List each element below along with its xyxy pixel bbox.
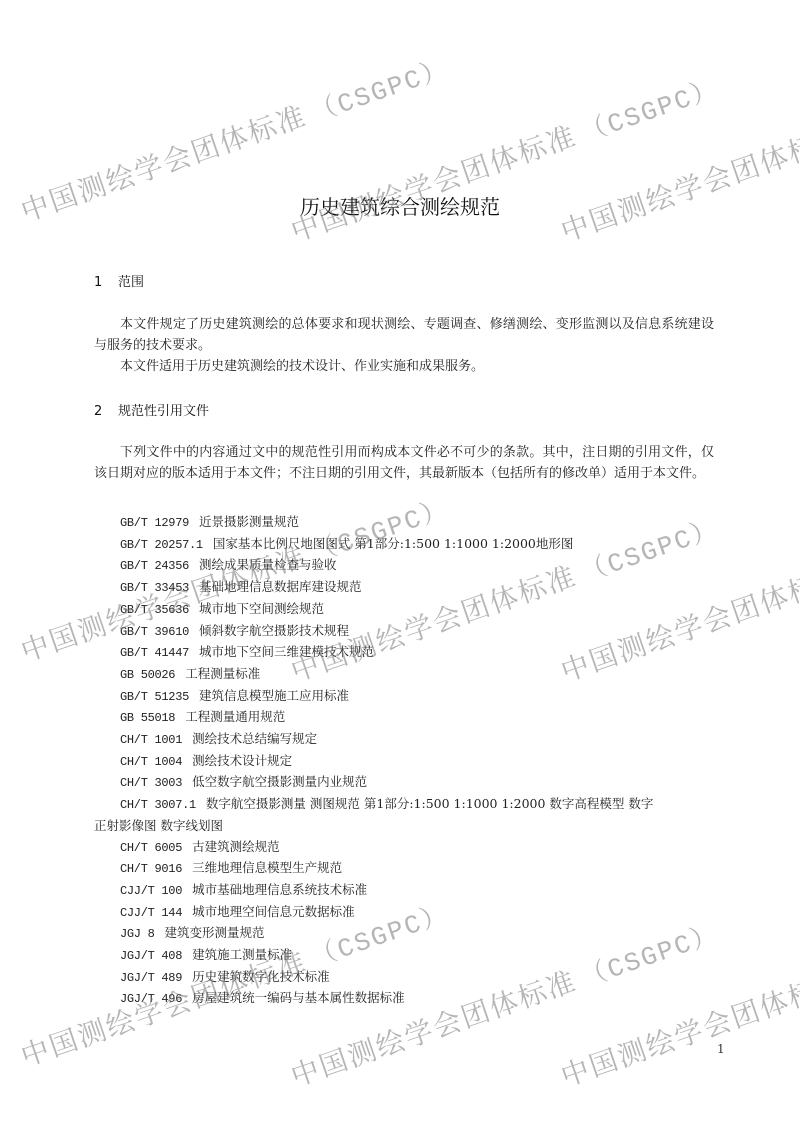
reference-title: 历史建筑数字化技术标准 [192,969,330,984]
reference-title: 基础地理信息数据库建设规范 [199,579,362,594]
reference-title: 城市地下空间三维建模技术规范 [199,644,374,659]
reference-code: GB/T 24356 [120,559,189,573]
reference-code: GB 50026 [120,668,175,682]
reference-title: 工程测量通用规范 [185,709,285,724]
reference-title: 古建筑测绘规范 [192,839,280,854]
reference-item: GB/T 20257.1国家基本比例尺地图图式 第1部分:1:500 1:100… [94,534,724,556]
reference-item: JGJ 8建筑变形测量规范 [94,923,724,945]
scope-paragraphs: 本文件规定了历史建筑测绘的总体要求和现状测绘、专题调查、修缮测绘、变形监测以及信… [94,314,714,377]
reference-item: GB/T 39610倾斜数字航空摄影技术规程 [94,621,724,643]
reference-code: JGJ/T 496 [120,992,182,1006]
reference-item: GB/T 35636城市地下空间测绘规范 [94,599,724,621]
reference-title: 城市地理空间信息元数据标准 [192,904,355,919]
reference-code: CH/T 3007.1 [120,798,196,812]
reference-item: GB/T 24356测绘成果质量检查与验收 [94,555,724,577]
reference-code: GB/T 39610 [120,625,189,639]
watermark: 中国测绘学会团体标准（CSGPC） [555,66,800,250]
section-heading-scope: 1范围 [94,271,144,290]
reference-title: 测绘成果质量检查与验收 [199,557,337,572]
reference-item: CH/T 1004测绘技术设计规定 [94,751,724,773]
reference-list: GB/T 12979近景摄影测量规范 GB/T 20257.1国家基本比例尺地图… [94,512,724,1010]
reference-code: GB/T 20257.1 [120,538,203,552]
reference-title: 城市地下空间测绘规范 [199,601,324,616]
reference-code: GB/T 35636 [120,603,189,617]
reference-item: GB/T 41447城市地下空间三维建模技术规范 [94,642,724,664]
reference-code: CH/T 1004 [120,755,182,769]
reference-title: 低空数字航空摄影测量内业规范 [192,774,367,789]
reference-item: CJJ/T 144城市地理空间信息元数据标准 [94,902,724,924]
reference-title: 城市基础地理信息系统技术标准 [192,882,367,897]
page-number: 1 [717,1042,725,1056]
reference-item: JGJ/T 489历史建筑数字化技术标准 [94,967,724,989]
reference-code: GB/T 33453 [120,581,189,595]
reference-code: JGJ/T 408 [120,949,182,963]
section-title: 范围 [118,275,144,290]
reference-item: JGJ/T 408建筑施工测量标准 [94,945,724,967]
reference-title: 近景摄影测量规范 [199,514,299,529]
reference-code: CH/T 3003 [120,776,182,790]
reference-item: GB 50026工程测量标准 [94,664,724,686]
section-title: 规范性引用文件 [118,404,209,419]
reference-item: CH/T 1001测绘技术总结编写规定 [94,729,724,751]
reference-code: JGJ/T 489 [120,971,182,985]
reference-item: CH/T 3007.1数字航空摄影测量 测图规范 第1部分:1:500 1:10… [94,794,724,836]
section-number: 1 [94,275,118,290]
section-number: 2 [94,404,118,419]
reference-title: 倾斜数字航空摄影技术规程 [199,623,349,638]
reference-item: CH/T 9016三维地理信息模型生产规范 [94,858,724,880]
document-title: 历史建筑综合测绘规范 [0,191,800,220]
reference-title: 建筑变形测量规范 [165,925,265,940]
reference-title: 测绘技术总结编写规定 [192,731,317,746]
reference-item: CH/T 6005古建筑测绘规范 [94,837,724,859]
reference-code: GB/T 41447 [120,646,189,660]
paragraph: 本文件适用于历史建筑测绘的技术设计、作业实施和成果服务。 [94,356,714,377]
reference-code: CH/T 6005 [120,841,182,855]
section-heading-normative-references: 2规范性引用文件 [94,400,209,419]
reference-item: CH/T 3003低空数字航空摄影测量内业规范 [94,772,724,794]
reference-title: 国家基本比例尺地图图式 第1部分:1:500 1:1000 1:2000地形图 [213,536,574,551]
reference-code: CH/T 9016 [120,862,182,876]
references-intro: 下列文件中的内容通过文中的规范性引用而构成本文件必不可少的条款。其中，注日期的引… [94,442,714,484]
reference-title: 建筑信息模型施工应用标准 [199,688,349,703]
reference-code: GB/T 51235 [120,690,189,704]
reference-code: CH/T 1001 [120,733,182,747]
watermark: 中国测绘学会团体标准（CSGPC） [285,66,724,250]
reference-code: GB 55018 [120,711,175,725]
reference-title: 房屋建筑统一编码与基本属性数据标准 [192,990,405,1005]
reference-title: 建筑施工测量标准 [192,947,292,962]
reference-item: GB/T 33453基础地理信息数据库建设规范 [94,577,724,599]
paragraph: 下列文件中的内容通过文中的规范性引用而构成本文件必不可少的条款。其中，注日期的引… [94,442,714,484]
reference-item: GB 55018工程测量通用规范 [94,707,724,729]
reference-item: GB/T 51235建筑信息模型施工应用标准 [94,686,724,708]
reference-title: 数字航空摄影测量 测图规范 第1部分:1:500 1:1000 1:2000 数… [206,796,653,811]
reference-item: CJJ/T 100城市基础地理信息系统技术标准 [94,880,724,902]
reference-item: JGJ/T 496房屋建筑统一编码与基本属性数据标准 [94,988,724,1010]
reference-title: 测绘技术设计规定 [192,753,292,768]
reference-title-continuation: 正射影像图 数字线划图 [94,816,724,837]
reference-code: CJJ/T 144 [120,906,182,920]
reference-item: GB/T 12979近景摄影测量规范 [94,512,724,534]
reference-code: CJJ/T 100 [120,884,182,898]
reference-title: 三维地理信息模型生产规范 [192,860,342,875]
document-page: 历史建筑综合测绘规范 1范围 本文件规定了历史建筑测绘的总体要求和现状测绘、专题… [0,0,800,1131]
reference-code: JGJ 8 [120,927,155,941]
paragraph: 本文件规定了历史建筑测绘的总体要求和现状测绘、专题调查、修缮测绘、变形监测以及信… [94,314,714,356]
reference-code: GB/T 12979 [120,516,189,530]
reference-title: 工程测量标准 [185,666,260,681]
